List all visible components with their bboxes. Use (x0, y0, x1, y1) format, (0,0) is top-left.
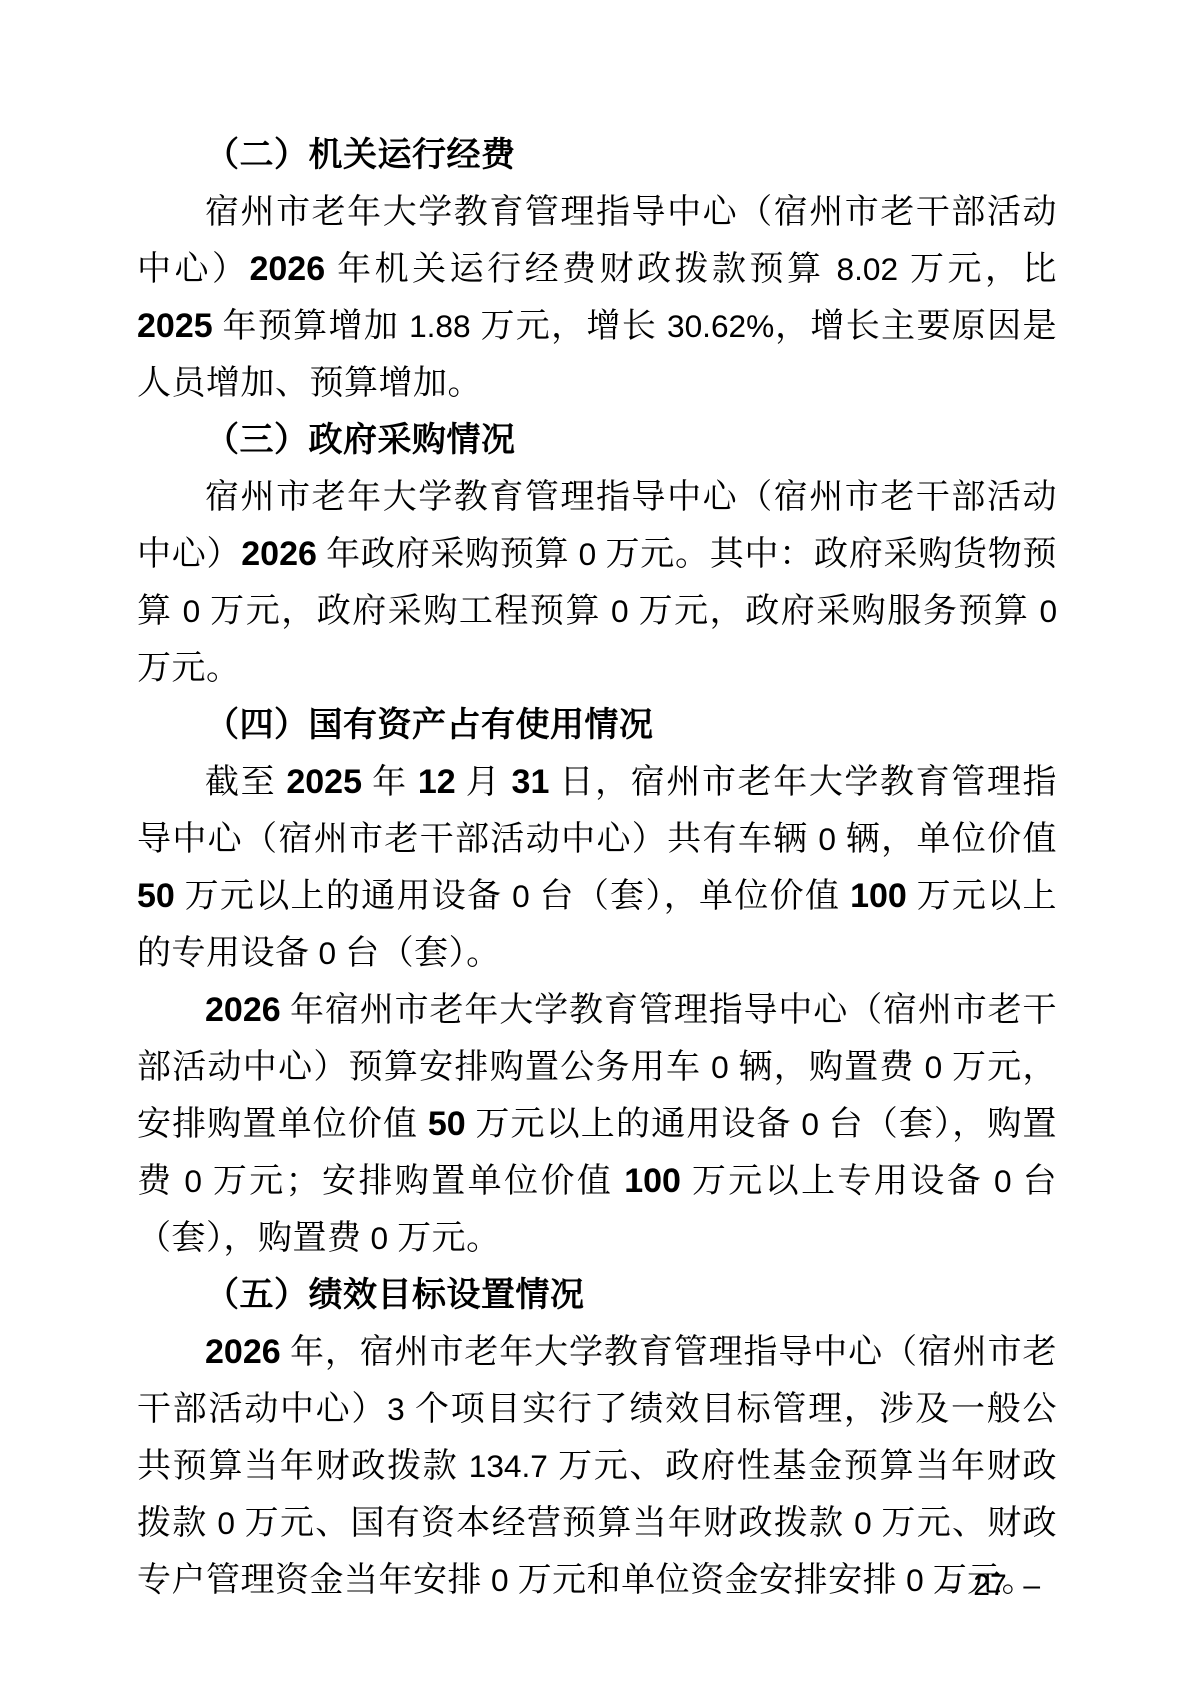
document-page: （二）机关运行经费 宿州市老年大学教育管理指导中心（宿州市老干部活动中心）202… (0, 0, 1190, 1683)
numeric-value: 50 (428, 1105, 466, 1143)
text-segment: 台（套）。 (336, 935, 501, 972)
paragraph-performance-targets: 2026 年，宿州市老年大学教育管理指导中心（宿州市老干部活动中心）3 个项目实… (137, 1324, 1057, 1609)
section-heading-state-assets: （四）国有资产占有使用情况 (137, 697, 1057, 754)
text-segment: 万元、国有资本经营预算当年财政拨款 (235, 1505, 854, 1542)
numeric-value: 0 (491, 1562, 509, 1598)
text-segment: 万元。 (137, 650, 241, 687)
text-segment: 年机关运行经费财政拨款预算 (325, 251, 836, 288)
text-segment: （三）政府采购情况 (205, 422, 516, 459)
numeric-value: 0 (925, 1049, 943, 1085)
text-segment: 万元，增长 (471, 308, 667, 345)
text-segment: 万元和单位资金安排安排 (509, 1562, 907, 1599)
text-segment: 台（套），单位价值 (530, 878, 850, 915)
numeric-value: 0 (183, 593, 201, 629)
section-heading-government-procurement: （三）政府采购情况 (137, 412, 1057, 469)
numeric-value: 2025 (286, 763, 362, 801)
numeric-value: 3 (387, 1391, 405, 1427)
numeric-value: 1.88 (409, 308, 471, 344)
numeric-value: 100 (624, 1162, 681, 1200)
page-number: – 27 – (940, 1566, 1040, 1606)
paragraph-government-procurement: 宿州市老年大学教育管理指导中心（宿州市老干部活动中心）2026 年政府采购预算 … (137, 469, 1057, 697)
numeric-value: 0 (994, 1163, 1012, 1199)
numeric-value: 2026 (205, 991, 281, 1029)
numeric-value: 0 (319, 935, 337, 971)
text-segment: （二）机关运行经费 (205, 137, 516, 174)
numeric-value: 2025 (137, 307, 213, 345)
paragraph-state-assets-current: 截至 2025 年 12 月 31 日，宿州市老年大学教育管理指导中心（宿州市老… (137, 754, 1057, 982)
numeric-value: 2026 (241, 535, 317, 573)
numeric-value: 0 (217, 1505, 235, 1541)
text-segment: （四）国有资产占有使用情况 (205, 707, 654, 744)
numeric-value: 0 (818, 821, 836, 857)
section-heading-performance-targets: （五）绩效目标设置情况 (137, 1267, 1057, 1324)
numeric-value: 50 (137, 877, 175, 915)
text-segment: 万元，政府采购工程预算 (200, 593, 611, 630)
numeric-value: 0 (1039, 593, 1057, 629)
numeric-value: 0 (371, 1220, 389, 1256)
text-segment: 万元以上专用设备 (681, 1163, 994, 1200)
text-segment: （五）绩效目标设置情况 (205, 1277, 585, 1314)
numeric-value: 30.62% (667, 308, 774, 344)
paragraph-state-assets-planned: 2026 年宿州市老年大学教育管理指导中心（宿州市老干部活动中心）预算安排购置公… (137, 982, 1057, 1267)
text-segment: 万元，比 (898, 251, 1057, 288)
numeric-value: 2026 (249, 250, 325, 288)
numeric-value: 0 (184, 1163, 202, 1199)
text-segment: 万元以上的通用设备 (466, 1106, 802, 1143)
text-segment: 月 (456, 764, 512, 801)
numeric-value: 0 (512, 878, 530, 914)
text-segment: 年 (362, 764, 418, 801)
text-segment: 截至 (205, 764, 286, 801)
text-segment: 万元。 (388, 1220, 501, 1257)
numeric-value: 0 (906, 1562, 924, 1598)
document-body: （二）机关运行经费 宿州市老年大学教育管理指导中心（宿州市老干部活动中心）202… (137, 127, 1057, 1609)
paragraph-agency-operating-expense: 宿州市老年大学教育管理指导中心（宿州市老干部活动中心）2026 年机关运行经费财… (137, 184, 1057, 412)
numeric-value: 8.02 (837, 251, 899, 287)
numeric-value: 0 (854, 1505, 872, 1541)
numeric-value: 0 (801, 1106, 819, 1142)
text-segment: 万元；安排购置单位价值 (202, 1163, 624, 1200)
numeric-value: 0 (579, 536, 597, 572)
text-segment: 年政府采购预算 (317, 536, 579, 573)
numeric-value: 12 (418, 763, 456, 801)
text-segment: 万元以上的通用设备 (175, 878, 512, 915)
text-segment: 万元，政府采购服务预算 (629, 593, 1040, 630)
numeric-value: 31 (512, 763, 550, 801)
text-segment: 辆，单位价值 (836, 821, 1057, 858)
numeric-value: 0 (611, 593, 629, 629)
numeric-value: 100 (850, 877, 907, 915)
text-segment: 辆，购置费 (729, 1049, 925, 1086)
text-segment: 年预算增加 (213, 308, 409, 345)
numeric-value: 134.7 (469, 1448, 548, 1484)
numeric-value: 2026 (205, 1333, 281, 1371)
section-heading-agency-operating-expense: （二）机关运行经费 (137, 127, 1057, 184)
numeric-value: 0 (711, 1049, 729, 1085)
